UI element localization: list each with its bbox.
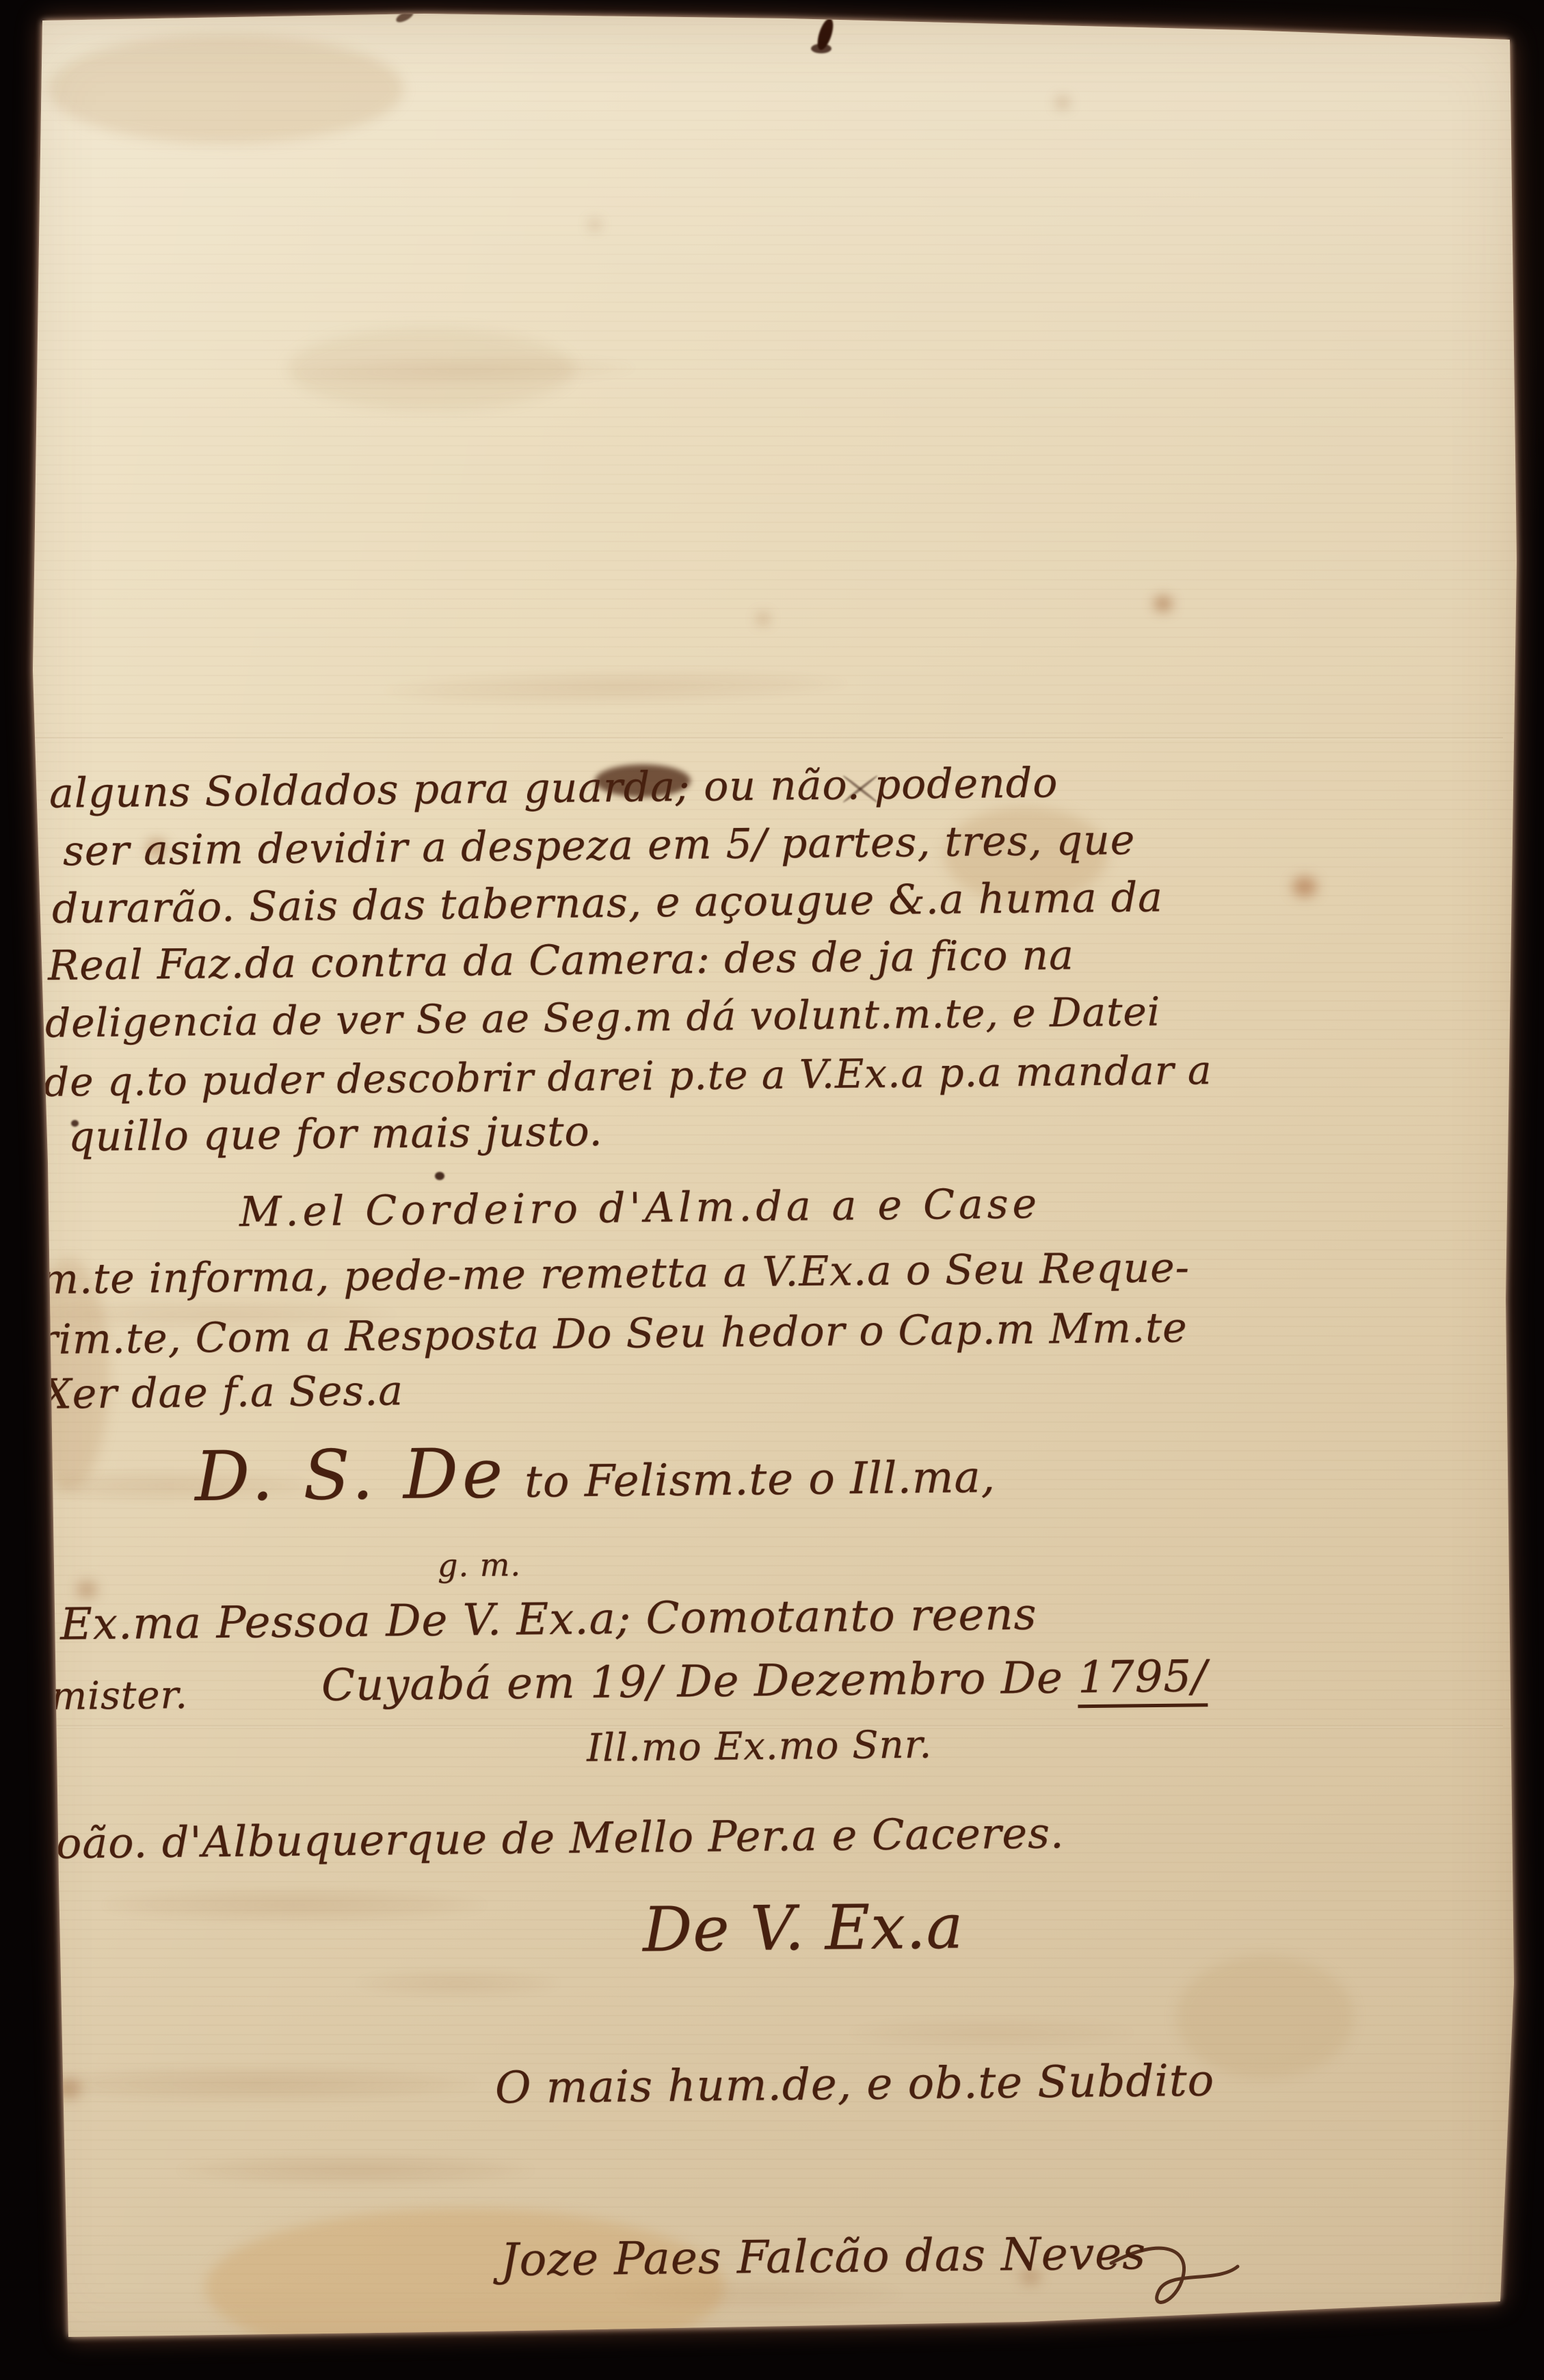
foxing-spot [1154, 596, 1172, 611]
manuscript-line: de q.to puder descobrir darei p.te a V.E… [44, 1047, 1212, 1106]
ink-blot [814, 16, 836, 51]
stain [287, 328, 574, 410]
closing-formula-line2: Ex.ma Pessoa De V. Ex.a; Comotanto reens [60, 1590, 1037, 1650]
manuscript-line: alguns Soldados para guarda; ou não. pod… [49, 759, 1059, 817]
manuscript-line: rim.te, Com a Resposta Do Seu hedor o Ca… [38, 1304, 1188, 1364]
courtesy-line: De V. Ex.a [642, 1891, 963, 1966]
dateline: Cuyabá em 19/ De Dezembro De 1795/ [321, 1651, 1208, 1711]
ink-blot [395, 8, 415, 25]
paper-edge-glow: alguns Soldados para guarda; ou não. pod… [0, 0, 1544, 2380]
manuscript-line: deligencia de ver Se ae Seg.m dá volunt.… [45, 988, 1161, 1046]
bleed-through-text [356, 1969, 561, 1998]
salutation: Ill.mo Ex.mo Snr. [587, 1722, 933, 1770]
ink-dot [435, 1172, 444, 1180]
closing-formula-rest: to Felism.te o Ill.ma, [524, 1452, 996, 1508]
closing-word-mister: mister. [51, 1673, 188, 1719]
signature-name: Joze Paes Falcão das Neves [501, 2227, 1147, 2286]
valediction: O mais hum.de, e ob.te Subdito [495, 2055, 1215, 2113]
ink-blot [811, 44, 831, 53]
manuscript-page: alguns Soldados para guarda; ou não. pod… [0, 0, 1544, 2380]
closing-formula-abbreviation: g. m. [438, 1546, 521, 1583]
manuscript-line: Xer dae f.a Ses.a [42, 1367, 404, 1419]
closing-formula-initials: D. S. De [194, 1433, 507, 1516]
addressee-name: João. d'Albuquerque de Mello Per.a e Cac… [38, 1808, 1065, 1869]
foxing-spot [758, 614, 769, 624]
foxing-spot [1056, 97, 1069, 108]
foxing-spot [589, 220, 600, 230]
bleed-through-text [848, 2017, 1135, 2048]
fold-crease [27, 737, 1503, 740]
bleed-through-text [178, 2154, 533, 2187]
dateline-place-and-date: Cuyabá em 19/ De Dezembro De [321, 1653, 1078, 1711]
closing-formula: D. S. De to Felism.te o Ill.ma, [194, 1428, 996, 1516]
foxing-spot [77, 1581, 97, 1599]
manuscript-line: m.te informa, pede-me remetta a V.Ex.a o… [40, 1244, 1190, 1304]
manuscript-line: M.el Cordeiro d'Alm.da a e Case [239, 1180, 1041, 1236]
dateline-year: 1795/ [1078, 1651, 1208, 1708]
bleed-through-text [41, 2065, 479, 2103]
manuscript-line: quillo que for mais justo. [68, 1108, 603, 1161]
bleed-through-text [294, 353, 637, 389]
stain [48, 34, 403, 144]
signature-flourish [1108, 2236, 1244, 2325]
manuscript-line: durarão. Sais das tabernas, e açougue &.… [52, 873, 1164, 933]
bleed-through-text [103, 1887, 485, 1923]
foxing-spot [1292, 877, 1317, 897]
manuscript-line: ser asim devidir a despeza em 5/ partes,… [63, 816, 1136, 875]
photograph-backdrop: alguns Soldados para guarda; ou não. pod… [0, 0, 1544, 2380]
bleed-through-text [383, 666, 849, 708]
foxing-spot [56, 2078, 81, 2099]
manuscript-line: Real Faz.da contra da Camera: des de ja … [48, 931, 1075, 990]
